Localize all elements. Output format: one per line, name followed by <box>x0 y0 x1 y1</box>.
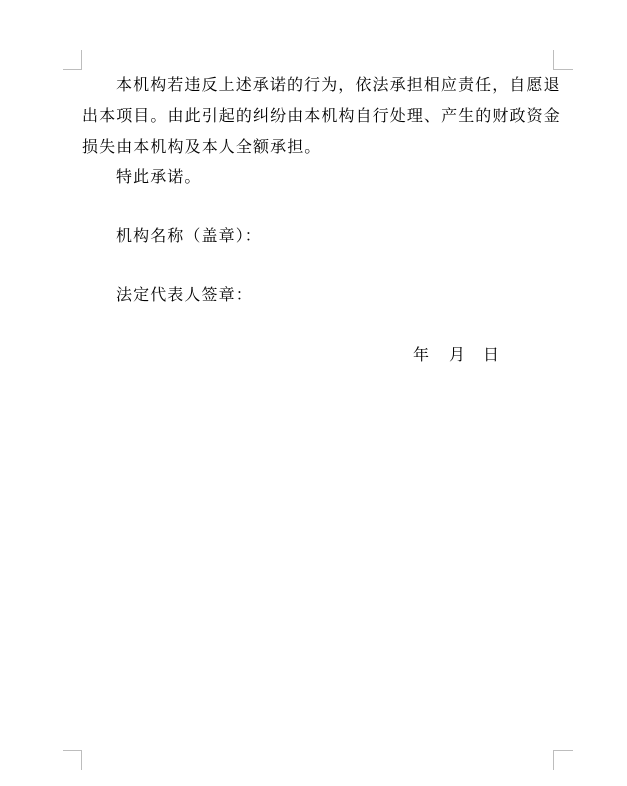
date-year: 年 <box>413 345 430 365</box>
margin-corner-top-right <box>553 50 573 70</box>
margin-corner-bottom-left <box>63 750 82 770</box>
date-day: 日 <box>483 345 500 365</box>
closing-statement: 特此承诺。 <box>116 167 202 187</box>
paragraph-line-3: 损失由本机构及本人全额承担。 <box>82 137 321 157</box>
margin-corner-top-left <box>63 50 82 70</box>
org-name-label: 机构名称（盖章）： <box>116 226 262 246</box>
paragraph-line-2: 出本项目。由此引起的纠纷由本机构自行处理、产生的财政资金 <box>82 106 561 126</box>
margin-corner-bottom-right <box>553 750 573 770</box>
date-month: 月 <box>449 345 466 365</box>
paragraph-line-1: 本机构若违反上述承诺的行为，依法承担相应责任，自愿退 <box>116 75 561 95</box>
legal-rep-label: 法定代表人签章： <box>116 285 253 305</box>
